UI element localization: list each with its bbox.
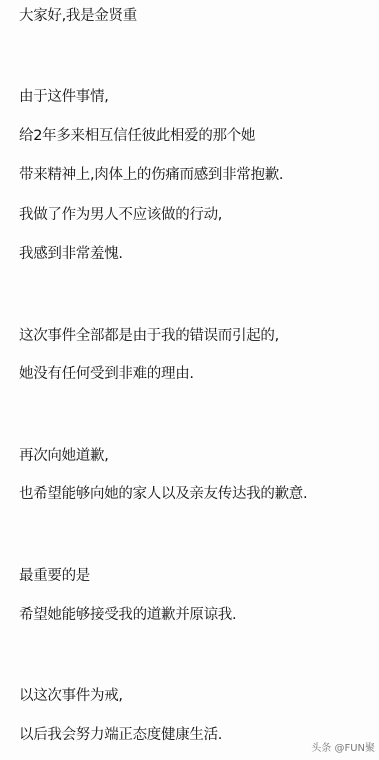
text-line: 由于这件事情, — [19, 87, 109, 107]
text-line: 希望她能够接受我的道歉并原谅我. — [19, 605, 236, 625]
greeting-line: 大家好,我是金贤重 — [19, 6, 137, 26]
text-line: 带来精神上,肉体上的伤痛而感到非常抱歉. — [19, 165, 283, 185]
text-line: 以这次事件为戒, — [19, 686, 123, 706]
text-line: 这次事件全部都是由于我的错误而引起的, — [19, 326, 279, 346]
text-line: 也希望能够向她的家人以及亲友传达我的歉意. — [19, 484, 307, 504]
text-line: 我感到非常羞愧. — [19, 244, 123, 264]
text-line: 她没有任何受到非难的理由. — [19, 364, 194, 384]
text-line: 我做了作为男人不应该做的行动, — [19, 205, 222, 225]
watermark: 头条 @FUN聚 — [311, 739, 375, 754]
text-line: 再次向她道歉, — [19, 446, 109, 466]
text-line: 以后我会努力端正态度健康生活. — [19, 725, 222, 745]
text-line: 最重要的是 — [19, 566, 90, 586]
text-line: 给2年多来相互信任彼此相爱的那个她 — [19, 126, 255, 146]
